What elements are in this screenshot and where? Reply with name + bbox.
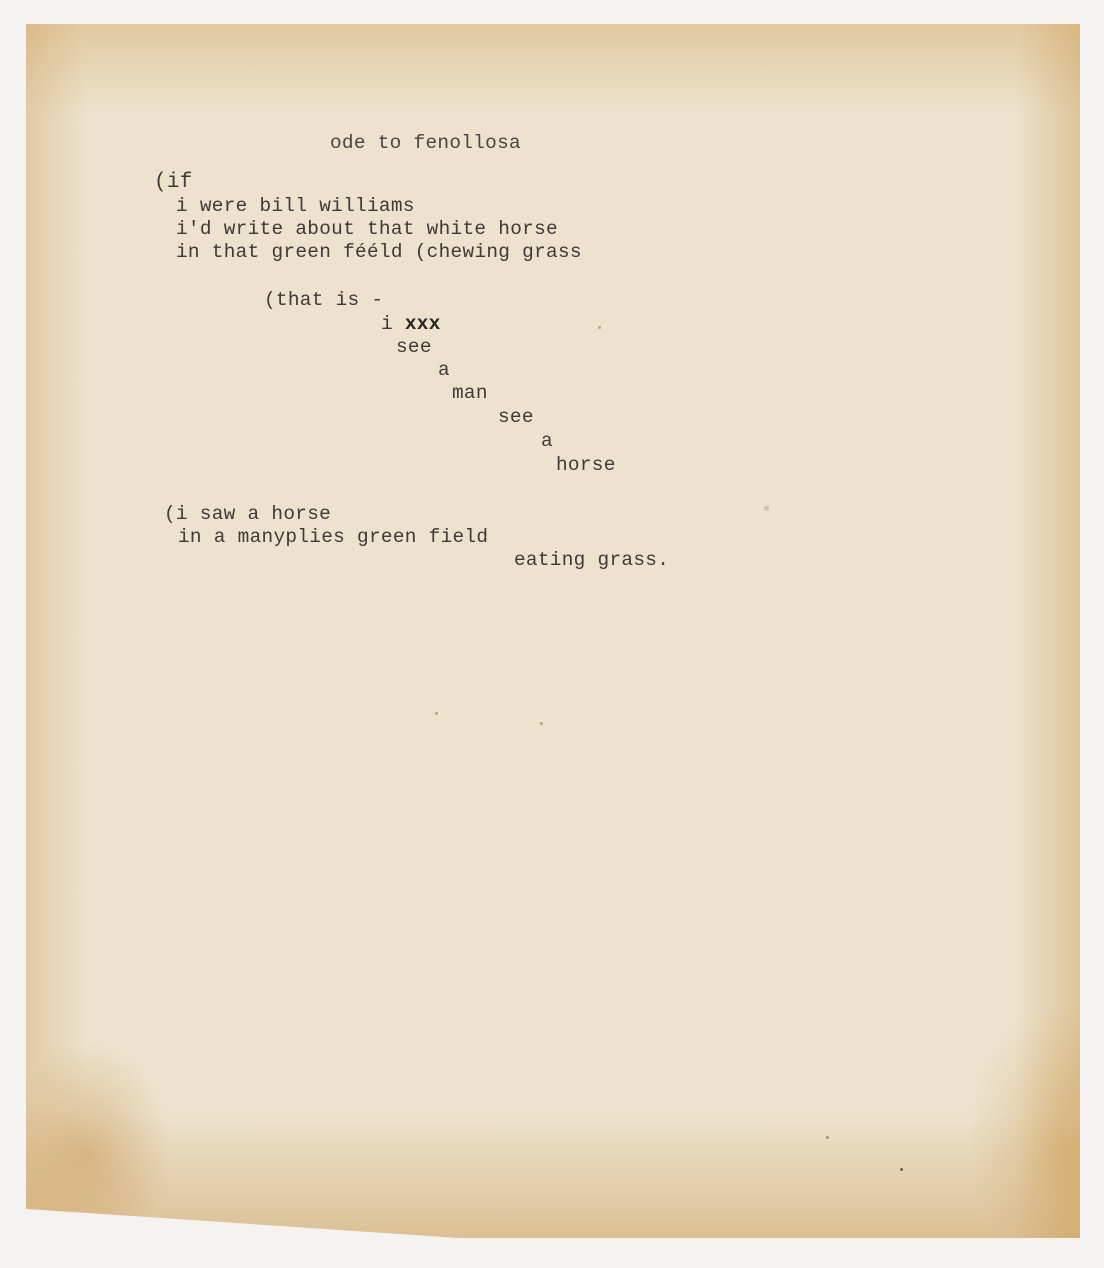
stanza1-line3: i'd write about that white horse: [176, 217, 558, 241]
stanza2-line5: man: [452, 381, 488, 405]
stanza2-line1: (that is -: [264, 288, 383, 312]
poem-title: ode to fenollosa: [330, 131, 521, 155]
stanza2-line2-prefix: i: [381, 313, 405, 335]
struck-out-text: xxx: [405, 313, 441, 335]
stanza2-line8: horse: [556, 453, 616, 477]
stanza1-line1: (if: [154, 171, 193, 195]
stanza3-line3: eating grass.: [514, 548, 669, 572]
stanza2-line7: a: [541, 429, 553, 453]
stanza3-line2: in a manyplies green field: [178, 525, 488, 549]
stanza2-line4: a: [438, 358, 450, 382]
typewritten-page: ode to fenollosa (if i were bill william…: [26, 24, 1080, 1238]
paper-speck: [540, 722, 543, 725]
stanza2-line2: i xxx: [381, 312, 441, 336]
stanza2-line6: see: [498, 405, 534, 429]
paper-speck: [900, 1168, 903, 1171]
paper-speck: [826, 1136, 829, 1139]
stanza2-line3: see: [396, 335, 432, 359]
stanza1-line2: i were bill williams: [176, 194, 415, 218]
paper-speck: [435, 712, 438, 715]
paper-speck: [764, 506, 769, 511]
stanza1-line4: in that green fééld (chewing grass: [176, 240, 582, 264]
stanza3-line1: (i saw a horse: [164, 502, 331, 526]
poem: ode to fenollosa (if i were bill william…: [26, 24, 1080, 1238]
paper-speck: [598, 326, 601, 329]
